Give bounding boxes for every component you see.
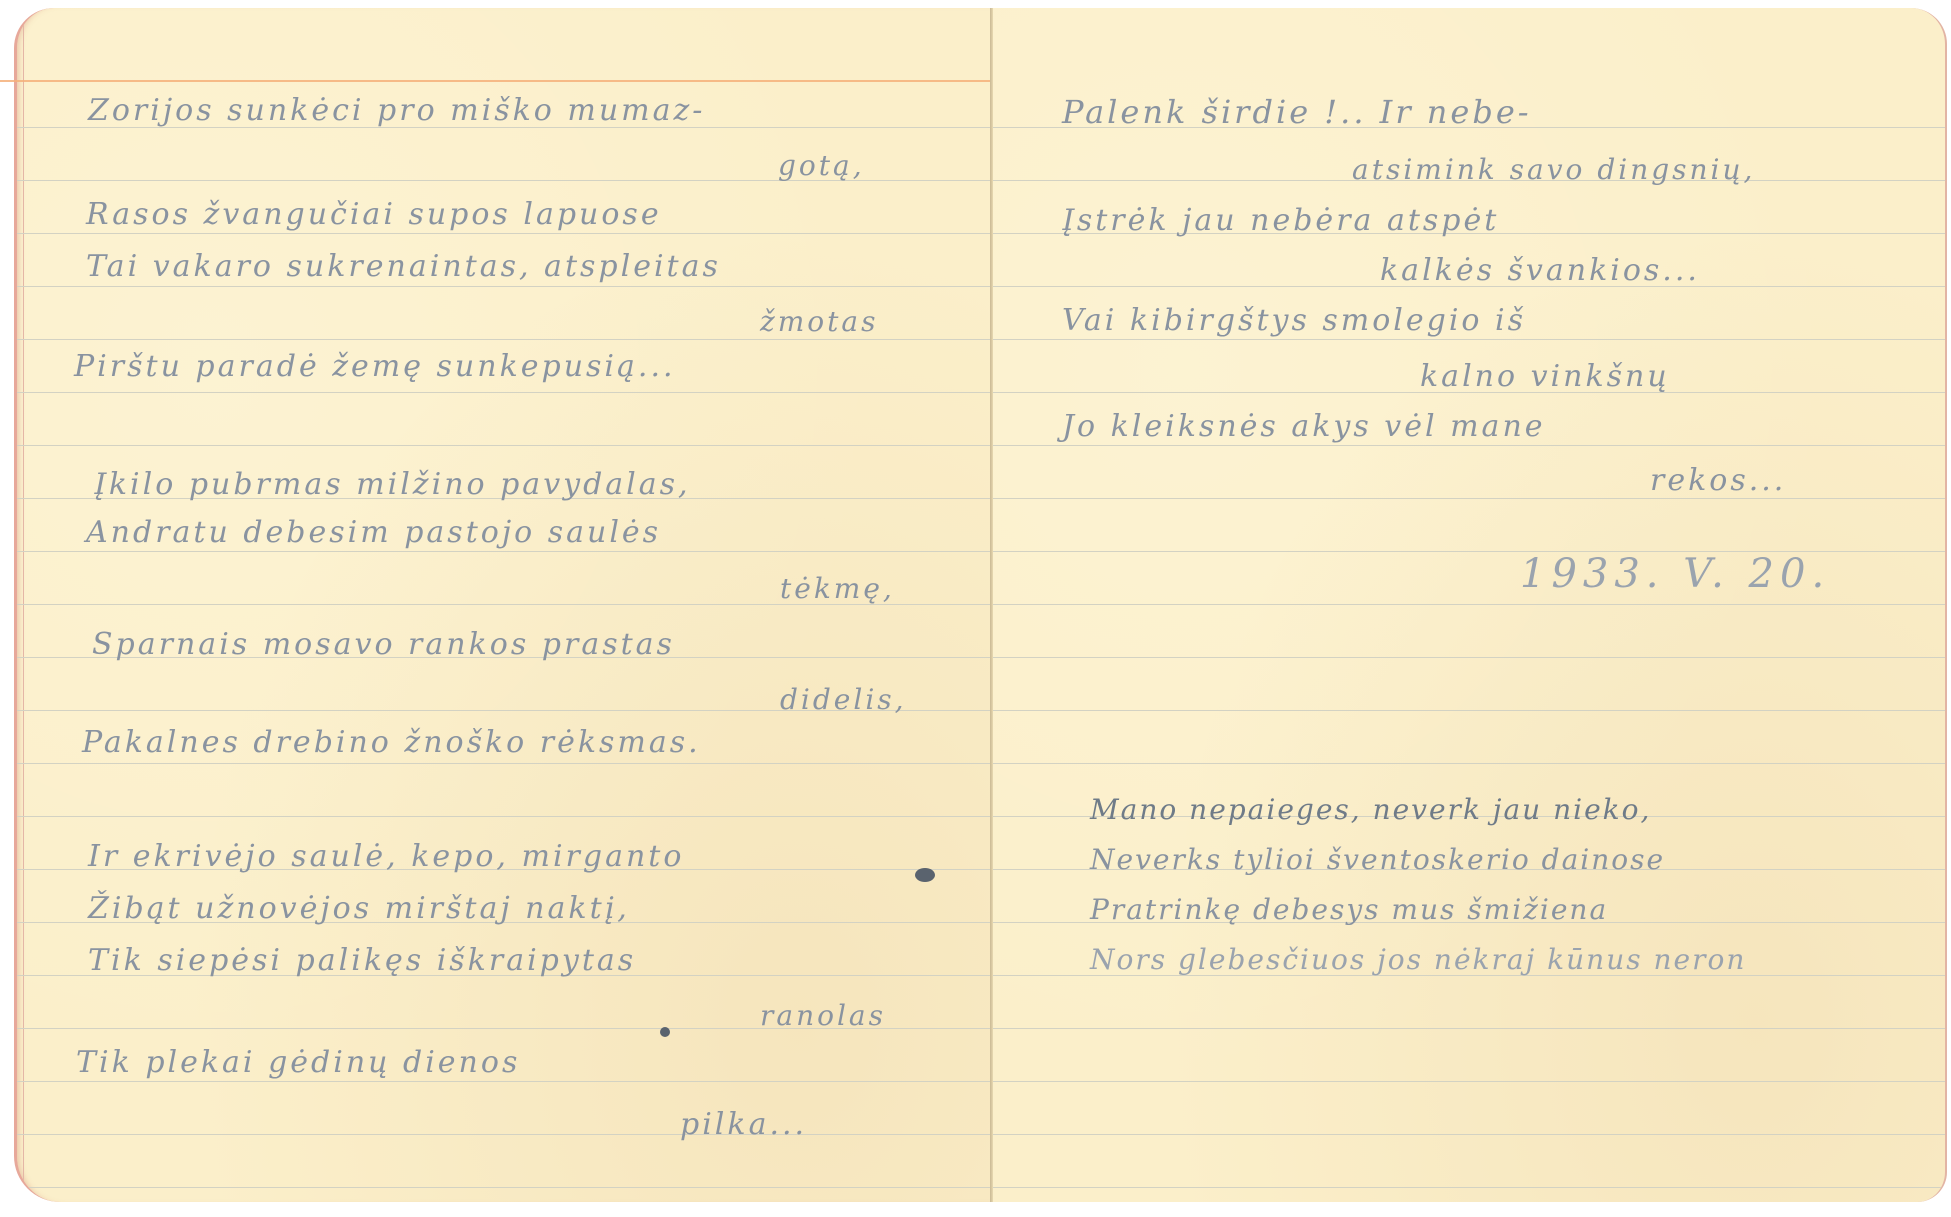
handwritten-line: Neverks tylioi šventoskerio dainose [1090, 846, 1665, 874]
ruled-line [993, 1134, 1945, 1135]
handwritten-line: kalkės švankios... [1380, 256, 1700, 286]
handwritten-line: Rasos žvangučiai supos lapuose [86, 200, 662, 230]
handwritten-line: Tai vakaro sukrenaintas, atspleitas [86, 252, 721, 282]
handwritten-line: Zorijos sunkėci pro miško mumaz- [88, 96, 705, 126]
notebook-spine [990, 8, 993, 1202]
ruled-line [17, 233, 995, 234]
ruled-line [993, 445, 1945, 446]
handwritten-line: Tik siepėsi palikęs iškraipytas [88, 946, 636, 976]
ruled-line [17, 816, 995, 817]
handwritten-line: didelis, [780, 686, 907, 714]
ruled-line [17, 392, 995, 393]
ruled-line [993, 1028, 1945, 1029]
handwritten-line: Įstrėk jau nebėra atspėt [1062, 206, 1499, 236]
ruled-line [993, 339, 1945, 340]
handwritten-line: Jo kleiksnės akys vėl mane [1062, 412, 1546, 442]
handwritten-line: Vai kibirgštys smolegio iš [1062, 306, 1526, 336]
ruled-line [17, 1187, 995, 1188]
ruled-line [17, 763, 995, 764]
ruled-line [17, 339, 995, 340]
handwritten-line: Pakalnes drebino žnoško rėksmas. [82, 728, 701, 758]
handwritten-line: kalno vinkšnų [1420, 362, 1670, 392]
handwritten-date: 1933. V. 20. [1520, 554, 1830, 594]
handwritten-line: Pratrinkę debesys mus šmižiena [1090, 896, 1608, 924]
handwritten-line: tėkmę, [780, 575, 895, 603]
ink-dot [660, 1027, 670, 1037]
handwritten-line: Įkilo pubrmas milžino pavydalas, [94, 470, 691, 500]
right-page [993, 8, 1947, 1202]
ruled-line [993, 498, 1945, 499]
handwritten-line: Žibąt užnovėjos mirštaj naktį, [88, 894, 630, 924]
ruled-line [993, 657, 1945, 658]
handwritten-line: Mano nepaieges, neverk jau nieko, [1090, 796, 1651, 824]
handwritten-line: Sparnais mosavo rankos prastas [92, 630, 675, 660]
ruled-line [993, 710, 1945, 711]
handwritten-line: rekos... [1650, 466, 1786, 496]
ruled-line [17, 551, 995, 552]
handwritten-line: Tik plekai gėdinų dienos [76, 1048, 520, 1078]
handwritten-line: ranolas [760, 1002, 886, 1030]
ruled-line [993, 1081, 1945, 1082]
ruled-line [17, 445, 995, 446]
ruled-line [17, 1134, 995, 1135]
ruled-line [993, 1187, 1945, 1188]
ruled-line [17, 286, 995, 287]
orange-header-rule [0, 80, 992, 82]
ruled-line [17, 1081, 995, 1082]
handwritten-line: Ir ekrivėjo saulė, kepo, mirganto [88, 842, 684, 872]
ink-blot [915, 868, 935, 882]
handwritten-line: žmotas [760, 308, 878, 336]
handwritten-line: Nors glebesčiuos jos nėkraj kūnus neron [1090, 946, 1746, 974]
ruled-line [993, 604, 1945, 605]
handwritten-line: Pirštu paradė žemę sunkepusią... [74, 352, 676, 382]
ruled-line [993, 763, 1945, 764]
handwritten-line: pilka... [680, 1110, 807, 1140]
left-margin-rule [23, 8, 24, 1202]
handwritten-line: gotą, [778, 152, 865, 180]
handwritten-line: Andratu debesim pastojo saulės [86, 518, 661, 548]
handwritten-line: atsimink savo dingsnių, [1352, 156, 1755, 184]
handwritten-line: Palenk širdie !.. Ir nebe- [1062, 96, 1532, 128]
